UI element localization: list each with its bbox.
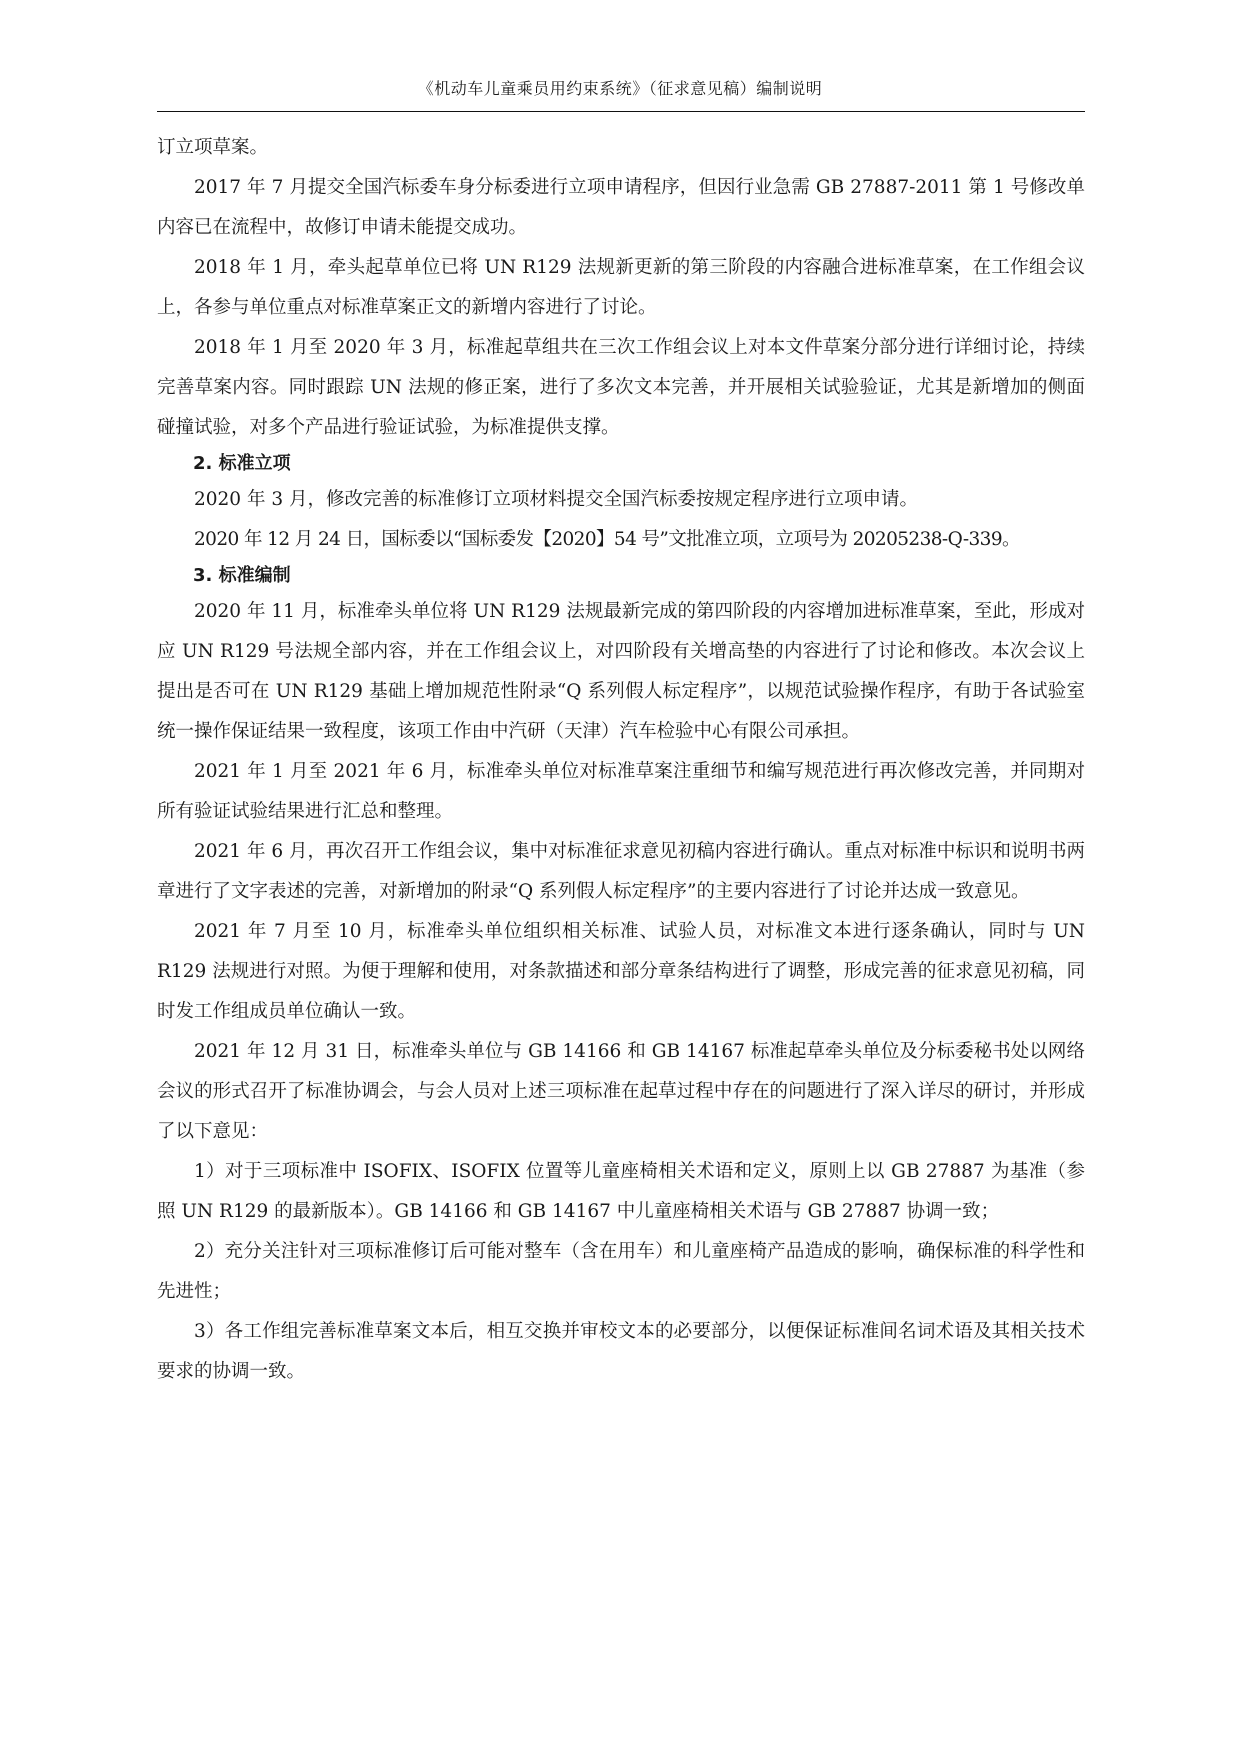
list-item: 1）对于三项标准中 ISOFIX、ISOFIX 位置等儿童座椅相关术语和定义，原…: [157, 1152, 1085, 1232]
header-rule: [157, 111, 1085, 112]
page-header-title: 《机动车儿童乘员用约束系统》（征求意见稿）编制说明: [0, 76, 1240, 99]
document-body: 订立项草案。 2017 年 7 月提交全国汽标委车身分标委进行立项申请程序，但因…: [157, 128, 1085, 1392]
paragraph: 2018 年 1 月，牵头起草单位已将 UN R129 法规新更新的第三阶段的内…: [157, 248, 1085, 328]
paragraph: 订立项草案。: [157, 128, 1085, 168]
paragraph: 2021 年 12 月 31 日，标准牵头单位与 GB 14166 和 GB 1…: [157, 1032, 1085, 1152]
section-heading-3: 3. 标准编制: [157, 560, 1085, 592]
paragraph: 2020 年 11 月，标准牵头单位将 UN R129 法规最新完成的第四阶段的…: [157, 592, 1085, 752]
paragraph: 2021 年 7 月至 10 月，标准牵头单位组织相关标准、试验人员，对标准文本…: [157, 912, 1085, 1032]
paragraph: 2017 年 7 月提交全国汽标委车身分标委进行立项申请程序，但因行业急需 GB…: [157, 168, 1085, 248]
paragraph: 2021 年 1 月至 2021 年 6 月，标准牵头单位对标准草案注重细节和编…: [157, 752, 1085, 832]
list-item: 3）各工作组完善标准草案文本后，相互交换并审校文本的必要部分，以便保证标准间名词…: [157, 1312, 1085, 1392]
section-heading-2: 2. 标准立项: [157, 448, 1085, 480]
paragraph: 2020 年 3 月，修改完善的标准修订立项材料提交全国汽标委按规定程序进行立项…: [157, 480, 1085, 520]
list-item: 2）充分关注针对三项标准修订后可能对整车（含在用车）和儿童座椅产品造成的影响，确…: [157, 1232, 1085, 1312]
paragraph: 2020 年 12 月 24 日，国标委以“国标委发【2020】54 号”文批准…: [157, 520, 1085, 560]
paragraph: 2021 年 6 月，再次召开工作组会议，集中对标准征求意见初稿内容进行确认。重…: [157, 832, 1085, 912]
paragraph: 2018 年 1 月至 2020 年 3 月，标准起草组共在三次工作组会议上对本…: [157, 328, 1085, 448]
